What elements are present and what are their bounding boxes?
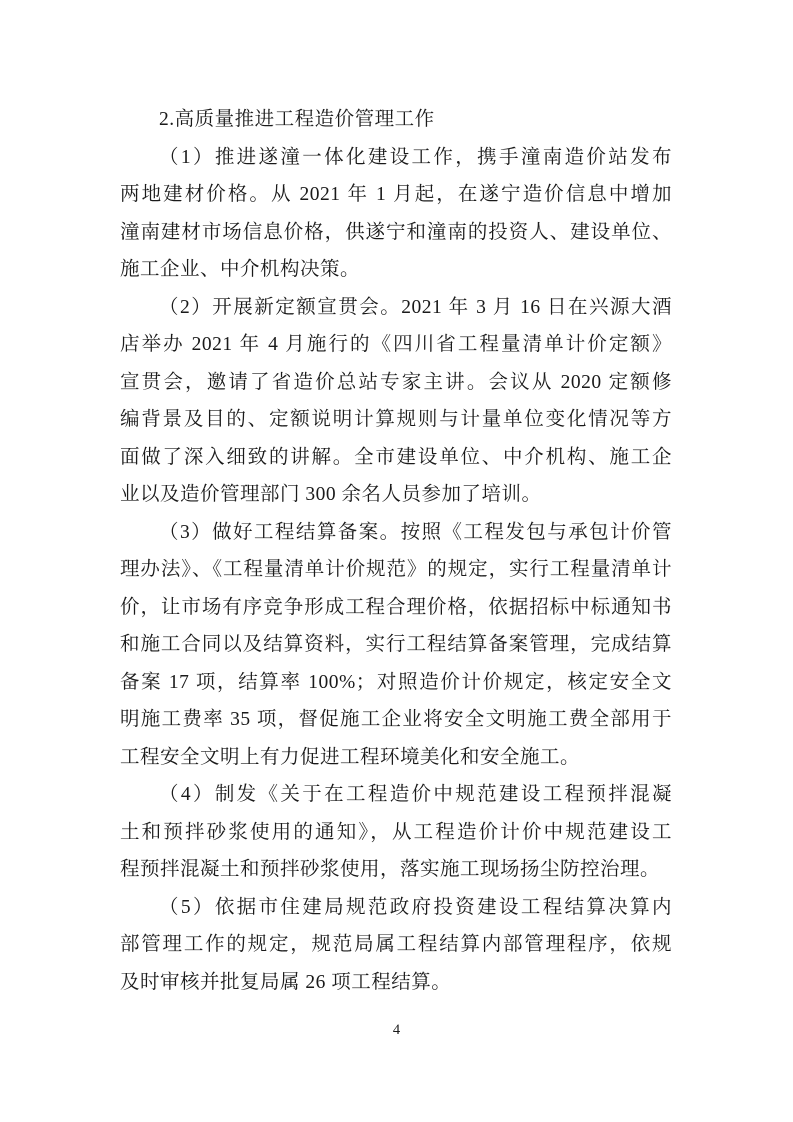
text-line: 店举办 2021 年 4 月施行的《四川省工程量清单计价定额》	[120, 326, 672, 364]
section-heading: 2.高质量推进工程造价管理工作	[120, 101, 672, 139]
text-line: 及时审核并批复局属 26 项工程结算。	[120, 964, 672, 1002]
page-number: 4	[0, 1020, 793, 1040]
text-line: 价，让市场有序竞争形成工程合理价格，依据招标中标通知书	[120, 589, 672, 627]
text-line: 业以及造价管理部门 300 余名人员参加了培训。	[120, 476, 672, 514]
text-line: 工程安全文明上有力促进工程环境美化和安全施工。	[120, 739, 672, 777]
paragraph: （3）做好工程结算备案。按照《工程发包与承包计价管理办法》、《工程量清单计价规范…	[120, 514, 672, 777]
text-line: （5）依据市住建局规范政府投资建设工程结算决算内	[120, 889, 672, 927]
text-line: 部管理工作的规定，规范局属工程结算内部管理程序，依规	[120, 926, 672, 964]
text-line: 宣贯会，邀请了省造价总站专家主讲。会议从 2020 定额修	[120, 364, 672, 402]
text-line: 土和预拌砂浆使用的通知》，从工程造价计价中规范建设工	[120, 814, 672, 852]
text-line: 潼南建材市场信息价格，供遂宁和潼南的投资人、建设单位、	[120, 214, 672, 252]
text-line: 明施工费率 35 项，督促施工企业将安全文明施工费全部用于	[120, 701, 672, 739]
text-line: （2）开展新定额宣贯会。2021 年 3 月 16 日在兴源大酒	[120, 289, 672, 327]
paragraph: （2）开展新定额宣贯会。2021 年 3 月 16 日在兴源大酒店举办 2021…	[120, 289, 672, 514]
document-page: 2.高质量推进工程造价管理工作 （1）推进遂潼一体化建设工作，携手潼南造价站发布…	[0, 0, 793, 1122]
text-line: （3）做好工程结算备案。按照《工程发包与承包计价管	[120, 514, 672, 552]
text-line: 程预拌混凝土和预拌砂浆使用，落实施工现场扬尘防控治理。	[120, 851, 672, 889]
paragraph: （5）依据市住建局规范政府投资建设工程结算决算内部管理工作的规定，规范局属工程结…	[120, 889, 672, 1002]
document-content: 2.高质量推进工程造价管理工作 （1）推进遂潼一体化建设工作，携手潼南造价站发布…	[120, 101, 672, 1001]
text-line: （4）制发《关于在工程造价中规范建设工程预拌混凝	[120, 776, 672, 814]
text-line: 和施工合同以及结算资料，实行工程结算备案管理，完成结算	[120, 626, 672, 664]
text-line: 两地建材价格。从 2021 年 1 月起，在遂宁造价信息中增加	[120, 176, 672, 214]
text-line: 面做了深入细致的讲解。全市建设单位、中介机构、施工企	[120, 439, 672, 477]
text-line: 编背景及目的、定额说明计算规则与计量单位变化情况等方	[120, 401, 672, 439]
text-line: 理办法》、《工程量清单计价规范》的规定，实行工程量清单计	[120, 551, 672, 589]
text-line: 备案 17 项，结算率 100%；对照造价计价规定，核定安全文	[120, 664, 672, 702]
paragraph: （4）制发《关于在工程造价中规范建设工程预拌混凝土和预拌砂浆使用的通知》，从工程…	[120, 776, 672, 889]
text-line: （1）推进遂潼一体化建设工作，携手潼南造价站发布	[120, 139, 672, 177]
document-body: （1）推进遂潼一体化建设工作，携手潼南造价站发布两地建材价格。从 2021 年 …	[120, 139, 672, 1002]
paragraph: （1）推进遂潼一体化建设工作，携手潼南造价站发布两地建材价格。从 2021 年 …	[120, 139, 672, 289]
text-line: 施工企业、中介机构决策。	[120, 251, 672, 289]
